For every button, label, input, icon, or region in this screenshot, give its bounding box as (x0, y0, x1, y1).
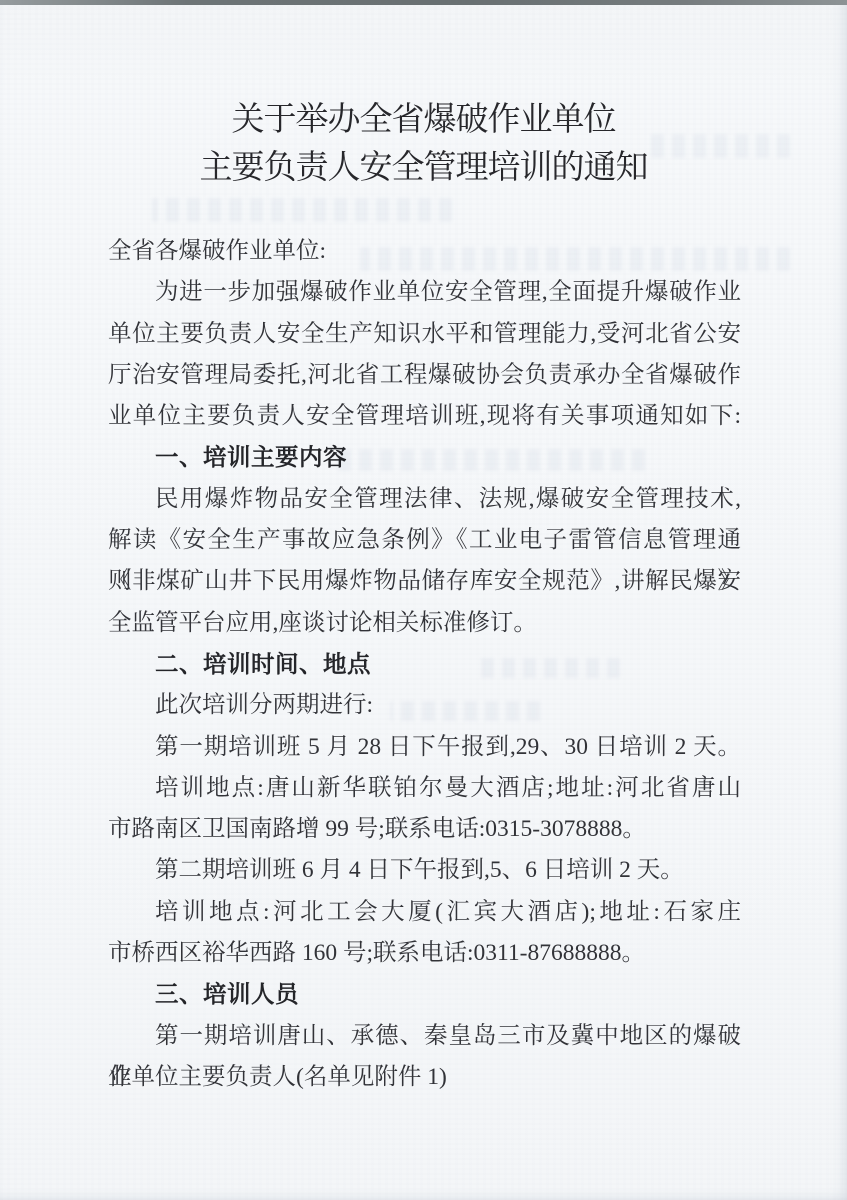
body-line: 第一期培训唐山、承德、秦皇岛三市及冀中地区的爆破作 (108, 1016, 741, 1057)
document-body: 全省各爆破作业单位: 为进一步加强爆破作业单位安全管理,全面提升爆破作业 单位主… (108, 231, 741, 1098)
body-line: 业单位主要负责人安全管理培训班,现将有关事项通知如下: (108, 396, 741, 437)
body-line: 厅治安管理局委托,河北省工程爆破协会负责承办全省爆破作 (108, 355, 741, 396)
body-line: 全监管平台应用,座谈讨论相关标准修订。 (108, 603, 741, 644)
document-title-line-1: 关于举办全省爆破作业单位 (0, 96, 847, 144)
salutation-line: 全省各爆破作业单位: (108, 231, 741, 272)
document-page: 关于举办全省爆破作业单位 主要负责人安全管理培训的通知 全省各爆破作业单位: 为… (0, 0, 847, 1200)
body-line: 解读《安全生产事故应急条例》《工业电子雷管信息管理通则》 (108, 520, 741, 561)
body-line: 民用爆炸物品安全管理法律、法规,爆破安全管理技术, (108, 479, 741, 520)
bleed-through-artifact (152, 198, 452, 222)
section-heading-3: 三、培训人员 (108, 974, 741, 1015)
body-line: 第二期培训班 6 月 4 日下午报到,5、6 日培训 2 天。 (108, 850, 741, 891)
body-line: 培训地点:河北工会大厦(汇宾大酒店);地址:石家庄 (108, 892, 741, 933)
body-line: 业单位主要负责人(名单见附件 1) (108, 1057, 741, 1098)
document-title-line-2: 主要负责人安全管理培训的通知 (0, 144, 847, 192)
body-line: 单位主要负责人安全生产知识水平和管理能力,受河北省公安 (108, 314, 741, 355)
body-line: 第一期培训班 5 月 28 日下午报到,29、30 日培训 2 天。 (108, 727, 741, 768)
body-line: 市桥西区裕华西路 160 号;联系电话:0311-87688888。 (108, 933, 741, 974)
body-line: 培训地点:唐山新华联铂尔曼大酒店;地址:河北省唐山 (108, 768, 741, 809)
section-heading-2: 二、培训时间、地点 (108, 644, 741, 685)
body-line: 市路南区卫国南路增 99 号;联系电话:0315-3078888。 (108, 809, 741, 850)
document-title: 关于举办全省爆破作业单位 主要负责人安全管理培训的通知 (0, 96, 847, 192)
body-line: 为进一步加强爆破作业单位安全管理,全面提升爆破作业 (108, 272, 741, 313)
body-line: 此次培训分两期进行: (108, 685, 741, 726)
section-heading-1: 一、培训主要内容 (108, 437, 741, 478)
body-line: 《非煤矿山井下民用爆炸物品储存库安全规范》,讲解民爆安 (108, 561, 741, 602)
scanner-edge-artifact (0, 0, 847, 5)
